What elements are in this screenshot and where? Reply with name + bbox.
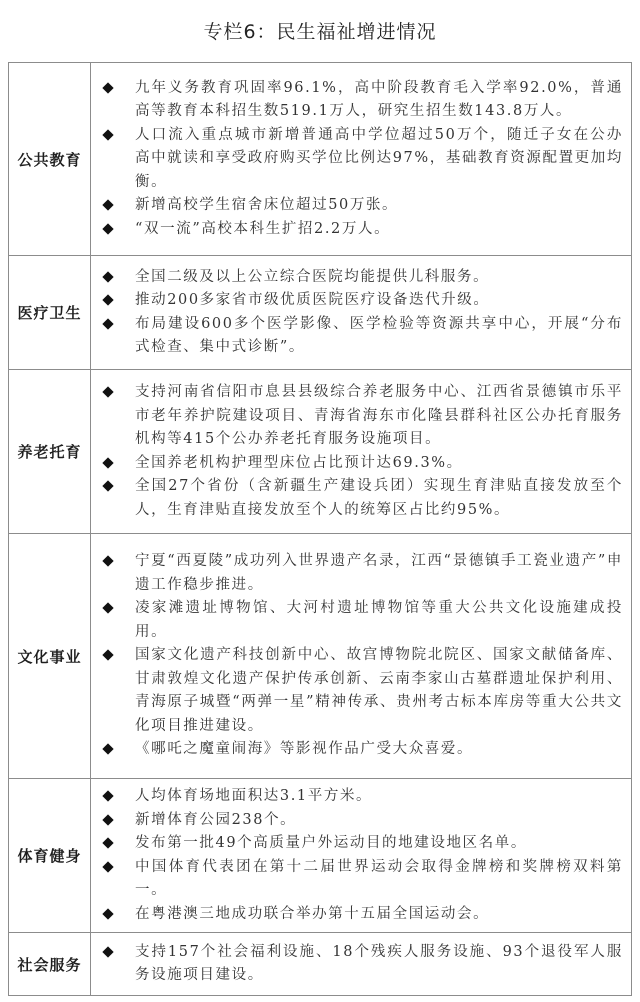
section-items: 支持河南省信阳市息县县级综合养老服务中心、江西省景德镇市乐平市老年养护院建设项目… <box>91 370 632 534</box>
category-label: 医疗卫生 <box>9 256 91 370</box>
item-text: 《哪吒之魔童闹海》等影视作品广受大众喜爱。 <box>135 741 473 757</box>
diamond-bullet-icon <box>102 318 113 329</box>
section-row-1: 医疗卫生 全国二级及以上公立综合医院均能提供儿科服务。推动200多家省市级优质医… <box>9 256 632 370</box>
section-items: 九年义务教育巩固率96.1%，高中阶段教育毛入学率92.0%，普通高等教育本科招… <box>91 63 632 256</box>
list-item: 在粤港澳三地成功联合举办第十五届全国运动会。 <box>91 903 623 927</box>
diamond-bullet-icon <box>102 861 113 872</box>
list-item: 凌家滩遗址博物馆、大河村遗址博物馆等重大公共文化设施建成投用。 <box>91 597 623 644</box>
list-item: 推动200多家省市级优质医院医疗设备迭代升级。 <box>91 289 623 313</box>
item-text: 支持157个社会福利设施、18个残疾人服务设施、93个退役军人服务设施项目建设。 <box>135 944 623 984</box>
list-item: 发布第一批49个高质量户外运动目的地建设地区名单。 <box>91 832 623 856</box>
page-title: 专栏6：民生福祉增进情况 <box>0 17 640 44</box>
bullet-list: 人均体育场地面积达3.1平方米。新增体育公园238个。发布第一批49个高质量户外… <box>91 785 623 926</box>
list-item: 支持157个社会福利设施、18个残疾人服务设施、93个退役军人服务设施项目建设。 <box>91 941 623 988</box>
diamond-bullet-icon <box>102 556 113 567</box>
list-item: 《哪吒之魔童闹海》等影视作品广受大众喜爱。 <box>91 738 623 762</box>
section-row-5: 社会服务 支持157个社会福利设施、18个残疾人服务设施、93个退役军人服务设施… <box>9 933 632 996</box>
list-item: “双一流”高校本科生扩招2.2万人。 <box>91 218 623 242</box>
item-text: 人均体育场地面积达3.1平方米。 <box>135 788 372 804</box>
bullet-list: 支持157个社会福利设施、18个残疾人服务设施、93个退役军人服务设施项目建设。 <box>91 941 623 988</box>
diamond-bullet-icon <box>102 457 113 468</box>
item-text: 人口流入重点城市新增普通高中学位超过50万个，随迁子女在公办高中就读和享受政府购… <box>135 127 623 190</box>
bullet-list: 九年义务教育巩固率96.1%，高中阶段教育毛入学率92.0%，普通高等教育本科招… <box>91 77 623 242</box>
section-items: 全国二级及以上公立综合医院均能提供儿科服务。推动200多家省市级优质医院医疗设备… <box>91 256 632 370</box>
category-label: 公共教育 <box>9 63 91 256</box>
diamond-bullet-icon <box>102 814 113 825</box>
list-item: 布局建设600多个医学影像、医学检验等资源共享中心，开展“分布式检查、集中式诊断… <box>91 313 623 360</box>
item-text: 国家文化遗产科技创新中心、故宫博物院北院区、国家文献储备库、甘肃敦煌文化遗产保护… <box>135 647 623 734</box>
list-item: 中国体育代表团在第十二届世界运动会取得金牌榜和奖牌榜双料第一。 <box>91 856 623 903</box>
item-text: 推动200多家省市级优质医院医疗设备迭代升级。 <box>135 292 489 308</box>
list-item: 新增体育公园238个。 <box>91 809 623 833</box>
list-item: 支持河南省信阳市息县县级综合养老服务中心、江西省景德镇市乐平市老年养护院建设项目… <box>91 381 623 452</box>
diamond-bullet-icon <box>102 603 113 614</box>
section-row-0: 公共教育 九年义务教育巩固率96.1%，高中阶段教育毛入学率92.0%，普通高等… <box>9 63 632 256</box>
diamond-bullet-icon <box>102 200 113 211</box>
list-item: 全国养老机构护理型床位占比预计达69.3%。 <box>91 452 623 476</box>
item-text: “双一流”高校本科生扩招2.2万人。 <box>135 221 390 237</box>
section-items: 宁夏“西夏陵”成功列入世界遗产名录，江西“景德镇手工瓷业遗产”申遗工作稳步推进。… <box>91 534 632 779</box>
list-item: 九年义务教育巩固率96.1%，高中阶段教育毛入学率92.0%，普通高等教育本科招… <box>91 77 623 124</box>
item-text: 布局建设600多个医学影像、医学检验等资源共享中心，开展“分布式检查、集中式诊断… <box>135 316 623 356</box>
item-text: 宁夏“西夏陵”成功列入世界遗产名录，江西“景德镇手工瓷业遗产”申遗工作稳步推进。 <box>135 553 623 593</box>
item-text: 全国二级及以上公立综合医院均能提供儿科服务。 <box>135 269 489 285</box>
diamond-bullet-icon <box>102 650 113 661</box>
diamond-bullet-icon <box>102 82 113 93</box>
bullet-list: 全国二级及以上公立综合医院均能提供儿科服务。推动200多家省市级优质医院医疗设备… <box>91 266 623 360</box>
diamond-bullet-icon <box>102 294 113 305</box>
list-item: 人口流入重点城市新增普通高中学位超过50万个，随迁子女在公办高中就读和享受政府购… <box>91 124 623 195</box>
diamond-bullet-icon <box>102 129 113 140</box>
category-label: 文化事业 <box>9 534 91 779</box>
item-text: 新增体育公园238个。 <box>135 812 296 828</box>
diamond-bullet-icon <box>102 946 113 957</box>
item-text: 中国体育代表团在第十二届世界运动会取得金牌榜和奖牌榜双料第一。 <box>135 859 623 899</box>
diamond-bullet-icon <box>102 271 113 282</box>
diamond-bullet-icon <box>102 386 113 397</box>
diamond-bullet-icon <box>102 790 113 801</box>
item-text: 支持河南省信阳市息县县级综合养老服务中心、江西省景德镇市乐平市老年养护院建设项目… <box>135 384 623 447</box>
list-item: 国家文化遗产科技创新中心、故宫博物院北院区、国家文献储备库、甘肃敦煌文化遗产保护… <box>91 644 623 738</box>
diamond-bullet-icon <box>102 223 113 234</box>
bullet-list: 支持河南省信阳市息县县级综合养老服务中心、江西省景德镇市乐平市老年养护院建设项目… <box>91 381 623 522</box>
category-label: 体育健身 <box>9 779 91 933</box>
section-items: 人均体育场地面积达3.1平方米。新增体育公园238个。发布第一批49个高质量户外… <box>91 779 632 933</box>
list-item: 全国27个省份（含新疆生产建设兵团）实现生育津贴直接发放至个人，生育津贴直接发放… <box>91 475 623 522</box>
list-item: 新增高校学生宿舍床位超过50万张。 <box>91 194 623 218</box>
item-text: 凌家滩遗址博物馆、大河村遗址博物馆等重大公共文化设施建成投用。 <box>135 600 623 640</box>
section-row-4: 体育健身 人均体育场地面积达3.1平方米。新增体育公园238个。发布第一批49个… <box>9 779 632 933</box>
item-text: 新增高校学生宿舍床位超过50万张。 <box>135 197 398 213</box>
item-text: 全国27个省份（含新疆生产建设兵团）实现生育津贴直接发放至个人，生育津贴直接发放… <box>135 478 623 518</box>
livelihood-table: 公共教育 九年义务教育巩固率96.1%，高中阶段教育毛入学率92.0%，普通高等… <box>8 62 632 996</box>
section-row-3: 文化事业 宁夏“西夏陵”成功列入世界遗产名录，江西“景德镇手工瓷业遗产”申遗工作… <box>9 534 632 779</box>
item-text: 全国养老机构护理型床位占比预计达69.3%。 <box>135 455 463 471</box>
item-text: 在粤港澳三地成功联合举办第十五届全国运动会。 <box>135 906 489 922</box>
item-text: 九年义务教育巩固率96.1%，高中阶段教育毛入学率92.0%，普通高等教育本科招… <box>135 80 623 120</box>
diamond-bullet-icon <box>102 837 113 848</box>
category-label: 社会服务 <box>9 933 91 996</box>
item-text: 发布第一批49个高质量户外运动目的地建设地区名单。 <box>135 835 527 851</box>
section-items: 支持157个社会福利设施、18个残疾人服务设施、93个退役军人服务设施项目建设。 <box>91 933 632 996</box>
category-label: 养老托育 <box>9 370 91 534</box>
bullet-list: 宁夏“西夏陵”成功列入世界遗产名录，江西“景德镇手工瓷业遗产”申遗工作稳步推进。… <box>91 550 623 762</box>
list-item: 全国二级及以上公立综合医院均能提供儿科服务。 <box>91 266 623 290</box>
list-item: 宁夏“西夏陵”成功列入世界遗产名录，江西“景德镇手工瓷业遗产”申遗工作稳步推进。 <box>91 550 623 597</box>
diamond-bullet-icon <box>102 908 113 919</box>
diamond-bullet-icon <box>102 744 113 755</box>
diamond-bullet-icon <box>102 480 113 491</box>
list-item: 人均体育场地面积达3.1平方米。 <box>91 785 623 809</box>
section-row-2: 养老托育 支持河南省信阳市息县县级综合养老服务中心、江西省景德镇市乐平市老年养护… <box>9 370 632 534</box>
